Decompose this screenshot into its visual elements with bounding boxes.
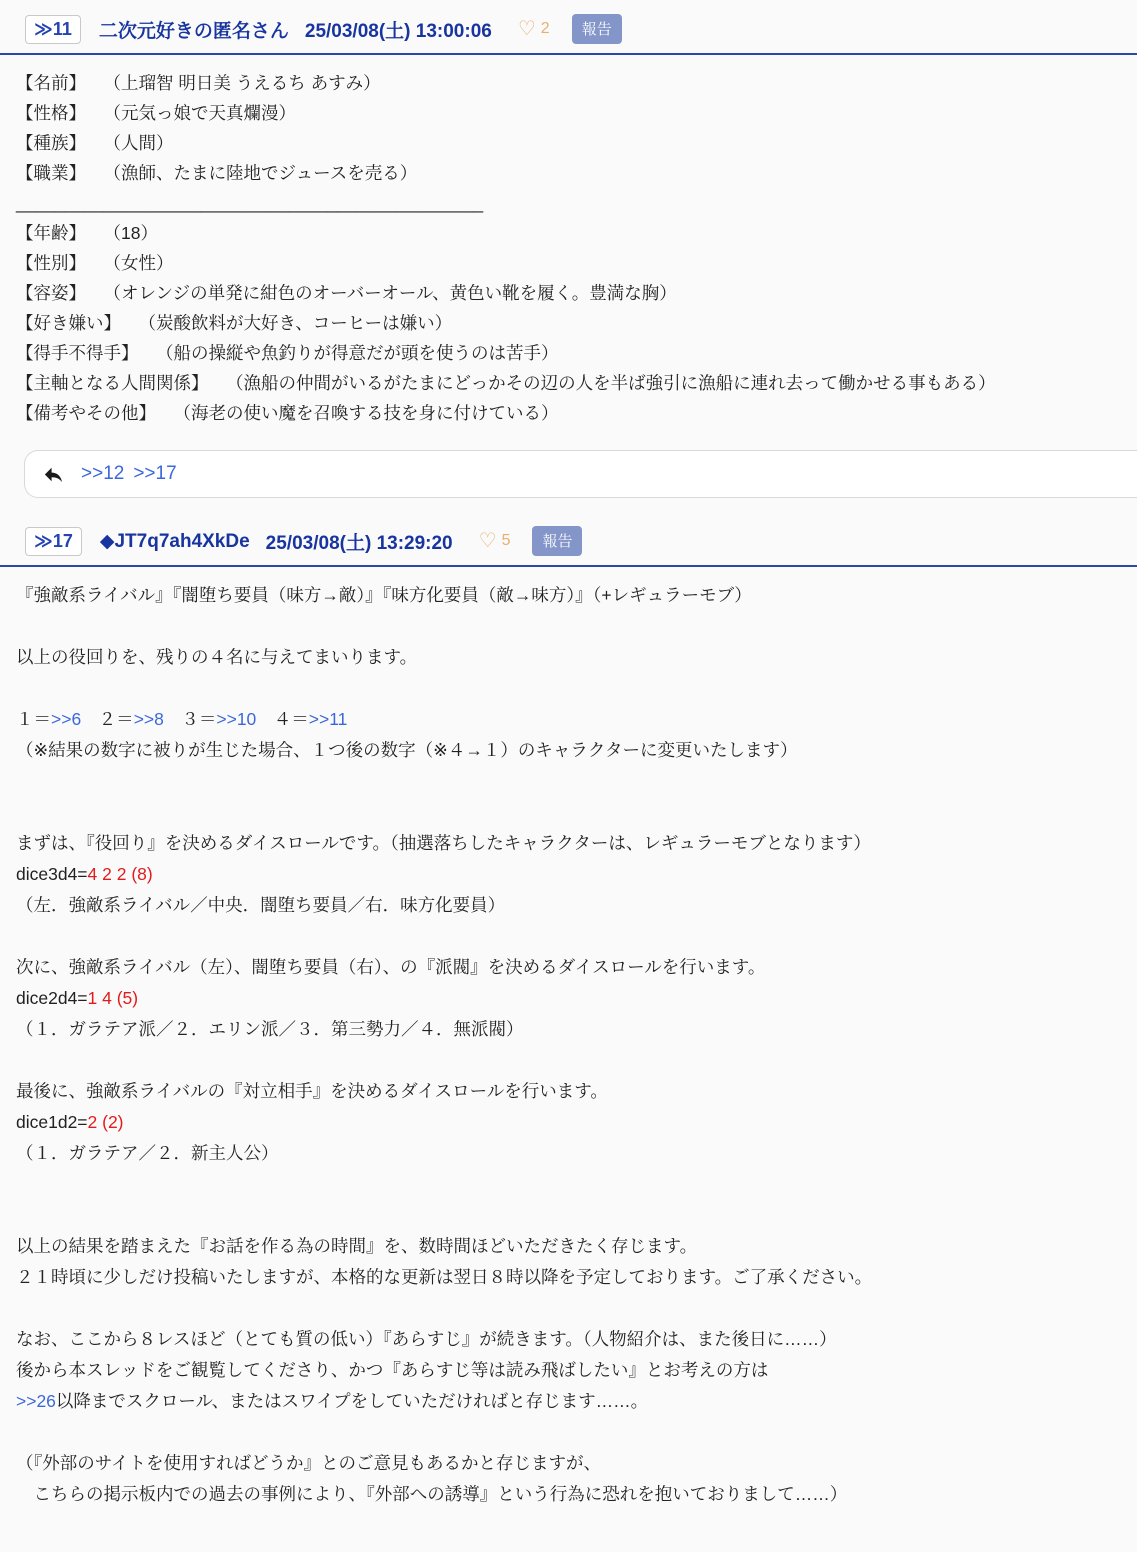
anchor-link[interactable]: >>6 [51, 709, 81, 729]
heart-icon[interactable]: ♡ [479, 531, 497, 551]
post-body-line [16, 1293, 1121, 1324]
text-run: 【主軸となる人間関係】 （漁船の仲間がいるがたまにどっかその辺の人を半ば強引に漁… [16, 373, 996, 393]
post-body-line: 【種族】 （人間） [16, 128, 1121, 158]
text-run: 以上の結果を踏まえた『お話を作る為の時間』を、数時間ほどいただきたく存じます。 [16, 1236, 697, 1256]
post-body-line: dice1d2=2 (2) [16, 1107, 1121, 1138]
text-run: １＝ [16, 709, 51, 729]
post-body-line: まずは、『役回り』を決めるダイスロールです。（抽選落ちしたキャラクターは、レギュ… [16, 828, 1121, 859]
dice-result: 4 2 2 (8) [88, 864, 153, 884]
report-button[interactable]: 報告 [532, 526, 582, 556]
post-body-line: ２１時頃に少しだけ投稿いたしますが、本格的な更新は翌日８時以降を予定しております… [16, 1262, 1121, 1293]
page-bottom-spacer [0, 1512, 1137, 1552]
reply-arrow-icon [42, 463, 65, 486]
like-count: 5 [502, 532, 511, 550]
post-body-line [16, 797, 1121, 828]
reply-anchor-link[interactable]: >>17 [133, 463, 176, 485]
post-body-line: こちらの掲示板内での過去の事例により、『外部への誘導』という行為に恐れを抱いてお… [16, 1479, 1121, 1510]
post-header: ≫17 ◆JT7q7ah4XkDe 25/03/08(土) 13:29:20 ♡… [0, 518, 1137, 565]
like-control[interactable]: ♡ 5 [479, 531, 511, 551]
post-body-line: なお、ここから８レスほど（とても質の低い）『あらすじ』が続きます。（人物紹介は、… [16, 1324, 1121, 1355]
post-timestamp: 25/03/08(土) 13:29:20 [266, 528, 453, 555]
anchor-link[interactable]: >>11 [309, 709, 348, 729]
post-body-line: dice2d4=1 4 (5) [16, 983, 1121, 1014]
post-body-line: 【年齢】 （18） [16, 218, 1121, 248]
text-run: dice3d4= [16, 864, 88, 884]
post-body-line: 【容姿】 （オレンジの単発に紺色のオーバーオール、黄色い靴を履く。豊満な胸） [16, 278, 1121, 308]
text-run: （１．ガラテア派／２．エリン派／３．第三勢力／４．無派閥） [16, 1019, 524, 1039]
text-run: （１．ガラテア／２．新主人公） [16, 1143, 279, 1163]
post-body-line: （左．強敵系ライバル／中央．闇堕ち要員／右．味方化要員） [16, 890, 1121, 921]
text-run: ２１時頃に少しだけ投稿いたしますが、本格的な更新は翌日８時以降を予定しております… [16, 1267, 872, 1287]
post-body-line: 最後に、強敵系ライバルの『対立相手』を決めるダイスロールを行います。 [16, 1076, 1121, 1107]
post-body-line: １＝>>6 ２＝>>8 ３＝>>10 ４＝>>11 [16, 704, 1121, 735]
text-run: 【性格】 （元気っ娘で天真爛漫） [16, 103, 296, 123]
text-run: 【備考やその他】 （海老の使い魔を召喚する技を身に付けている） [16, 403, 559, 423]
post-body-line: >>26以降までスクロール、またはスワイプをしていただければと存じます……。 [16, 1386, 1121, 1417]
text-run: ３＝ [164, 709, 217, 729]
text-run: まずは、『役回り』を決めるダイスロールです。（抽選落ちしたキャラクターは、レギュ… [16, 833, 871, 853]
text-run: （『外部のサイトを使用すればどうか』とのご意見もあるかと存じますが、 [16, 1453, 601, 1473]
post-body-line [16, 921, 1121, 952]
anchor-link[interactable]: >>10 [216, 709, 256, 729]
text-run: 後から本スレッドをご観覧してくださり、かつ『あらすじ等は読み飛ばしたい』とお考え… [16, 1360, 768, 1380]
poster-name: ◆JT7q7ah4XkDe [100, 530, 250, 553]
post-number-badge[interactable]: ≫11 [25, 15, 81, 44]
text-run: こちらの掲示板内での過去の事例により、『外部への誘導』という行為に恐れを抱いてお… [16, 1484, 847, 1504]
post-body-line: ________________________________________… [16, 188, 1121, 218]
post-11: ≫11 二次元好きの匿名さん 25/03/08(土) 13:00:06 ♡ 2 … [0, 0, 1137, 498]
post-body-line: 以上の役回りを、残りの４名に与えてまいります。 [16, 642, 1121, 673]
text-run: ２＝ [81, 709, 134, 729]
post-body-line: （１．ガラテア／２．新主人公） [16, 1138, 1121, 1169]
post-timestamp: 25/03/08(土) 13:00:06 [305, 16, 492, 43]
post-body-line: 【性格】 （元気っ娘で天真爛漫） [16, 98, 1121, 128]
post-body-line [16, 1169, 1121, 1200]
text-run: 【職業】 （漁師、たまに陸地でジュースを売る） [16, 163, 417, 183]
text-run: dice1d2= [16, 1112, 88, 1132]
text-run: 【名前】 （上瑠智 明日美 うえるち あすみ） [16, 73, 381, 93]
post-body-line: 【職業】 （漁師、たまに陸地でジュースを売る） [16, 158, 1121, 188]
text-run: 次に、強敵系ライバル（左）、闇堕ち要員（右）、の『派閥』を決めるダイスロールを行… [16, 957, 765, 977]
post-body-line [16, 1200, 1121, 1231]
text-run: 【好き嫌い】 （炭酸飲料が大好き、コーヒーは嫌い） [16, 313, 452, 333]
reply-anchor-link[interactable]: >>12 [81, 463, 124, 485]
post-body-line: 【主軸となる人間関係】 （漁船の仲間がいるがたまにどっかその辺の人を半ば強引に漁… [16, 368, 1121, 398]
post-body: 【名前】 （上瑠智 明日美 うえるち あすみ）【性格】 （元気っ娘で天真爛漫）【… [0, 55, 1137, 430]
text-run: （左．強敵系ライバル／中央．闇堕ち要員／右．味方化要員） [16, 895, 505, 915]
post-body-line: 次に、強敵系ライバル（左）、闇堕ち要員（右）、の『派閥』を決めるダイスロールを行… [16, 952, 1121, 983]
post-body-line: 【備考やその他】 （海老の使い魔を召喚する技を身に付けている） [16, 398, 1121, 428]
post-number-badge[interactable]: ≫17 [25, 527, 82, 556]
text-run: 『強敵系ライバル』『闇堕ち要員（味方→敵）』『味方化要員（敵→味方）』（+レギュ… [16, 585, 752, 605]
text-run: （※結果の数字に被りが生じた場合、１つ後の数字（※４→１）のキャラクターに変更い… [16, 740, 797, 760]
dice-result: 2 (2) [88, 1112, 124, 1132]
post-body-line: （『外部のサイトを使用すればどうか』とのご意見もあるかと存じますが、 [16, 1448, 1121, 1479]
post-body-line: 【得手不得手】 （船の操縦や魚釣りが得意だが頭を使うのは苦手） [16, 338, 1121, 368]
report-button[interactable]: 報告 [572, 14, 622, 44]
text-run: 以降までスクロール、またはスワイプをしていただければと存じます……。 [56, 1391, 648, 1411]
post-body-line: 以上の結果を踏まえた『お話を作る為の時間』を、数時間ほどいただきたく存じます。 [16, 1231, 1121, 1262]
text-run: 【容姿】 （オレンジの単発に紺色のオーバーオール、黄色い靴を履く。豊満な胸） [16, 283, 677, 303]
post-body-line: （１．ガラテア派／２．エリン派／３．第三勢力／４．無派閥） [16, 1014, 1121, 1045]
poster-name: 二次元好きの匿名さん [99, 16, 289, 43]
post-body-line: 『強敵系ライバル』『闇堕ち要員（味方→敵）』『味方化要員（敵→味方）』（+レギュ… [16, 580, 1121, 611]
post-header: ≫11 二次元好きの匿名さん 25/03/08(土) 13:00:06 ♡ 2 … [0, 6, 1137, 53]
post-body-line: 【性別】 （女性） [16, 248, 1121, 278]
dice-result: 1 4 (5) [88, 988, 139, 1008]
text-run: 以上の役回りを、残りの４名に与えてまいります。 [16, 647, 417, 667]
text-run: 【得手不得手】 （船の操縦や魚釣りが得意だが頭を使うのは苦手） [16, 343, 559, 363]
anchor-link[interactable]: >>26 [16, 1391, 56, 1411]
heart-icon[interactable]: ♡ [518, 19, 536, 39]
post-17: ≫17 ◆JT7q7ah4XkDe 25/03/08(土) 13:29:20 ♡… [0, 512, 1137, 1512]
post-body-line: dice3d4=4 2 2 (8) [16, 859, 1121, 890]
text-run: 【性別】 （女性） [16, 253, 174, 273]
text-run: 最後に、強敵系ライバルの『対立相手』を決めるダイスロールを行います。 [16, 1081, 608, 1101]
reply-links: >>12>>17 [81, 463, 177, 485]
post-body: 『強敵系ライバル』『闇堕ち要員（味方→敵）』『味方化要員（敵→味方）』（+レギュ… [0, 567, 1137, 1512]
anchor-link[interactable]: >>8 [134, 709, 164, 729]
post-body-line [16, 1045, 1121, 1076]
text-run: なお、ここから８レスほど（とても質の低い）『あらすじ』が続きます。（人物紹介は、… [16, 1329, 837, 1349]
text-run: ４＝ [256, 709, 309, 729]
like-count: 2 [541, 20, 550, 38]
reply-references-box: >>12>>17 [24, 450, 1137, 498]
post-body-line: 【好き嫌い】 （炭酸飲料が大好き、コーヒーは嫌い） [16, 308, 1121, 338]
like-control[interactable]: ♡ 2 [518, 19, 550, 39]
post-body-line [16, 611, 1121, 642]
text-run: 【種族】 （人間） [16, 133, 174, 153]
text-run: ________________________________________… [16, 193, 483, 213]
post-body-line: 後から本スレッドをご観覧してくださり、かつ『あらすじ等は読み飛ばしたい』とお考え… [16, 1355, 1121, 1386]
post-body-line [16, 673, 1121, 704]
post-body-line [16, 766, 1121, 797]
text-run: 【年齢】 （18） [16, 223, 158, 243]
post-body-line [16, 1417, 1121, 1448]
post-body-line: 【名前】 （上瑠智 明日美 うえるち あすみ） [16, 68, 1121, 98]
text-run: dice2d4= [16, 988, 88, 1008]
post-body-line: （※結果の数字に被りが生じた場合、１つ後の数字（※４→１）のキャラクターに変更い… [16, 735, 1121, 766]
